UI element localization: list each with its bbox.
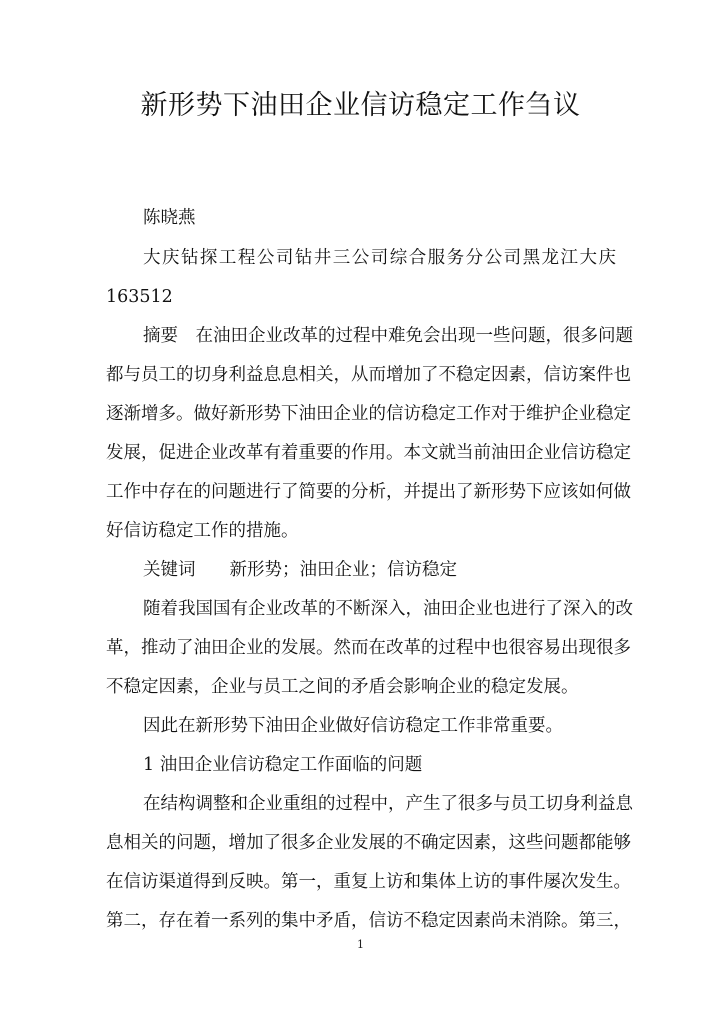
intro-paragraph-2: 因此在新形势下油田企业做好信访稳定工作非常重要。 (143, 714, 653, 738)
keywords-label: 关键词 (143, 560, 196, 580)
author-name: 陈晓燕 (143, 206, 653, 230)
abstract-line: 好信访稳定工作的措施。 (106, 519, 616, 543)
abstract-line: 发展，促进企业改革有着重要的作用。本文就当前油田企业信访稳定 (106, 441, 616, 465)
section-1-line: 第二，存在着一系列的集中矛盾，信访不稳定因素尚未消除。第三， (106, 909, 616, 933)
affiliation-line-1: 大庆钻探工程公司钻井三公司综合服务分公司黑龙江大庆 (143, 246, 616, 270)
abstract-line: 都与员工的切身利益息息相关，从而增加了不稳定因素，信访案件也 (106, 363, 616, 387)
document-title: 新形势下油田企业信访稳定工作刍议 (0, 86, 721, 126)
abstract-line: 摘要 在油田企业改革的过程中难免会出现一些问题，很多问题 (143, 324, 616, 348)
abstract-line: 逐渐增多。做好新形势下油田企业的信访稳定工作对于维护企业稳定 (106, 402, 616, 426)
keywords-row: 关键词新形势；油田企业；信访稳定 (143, 558, 653, 582)
section-1-line: 在结构调整和企业重组的过程中，产生了很多与员工切身利益息 (143, 792, 616, 816)
section-1-line: 息相关的问题，增加了很多企业发展的不确定因素，这些问题都能够 (106, 831, 616, 855)
intro-line: 革，推动了油田企业的发展。然而在改革的过程中也很容易出现很多 (106, 636, 616, 660)
section-1-line: 在信访渠道得到反映。第一，重复上访和集体上访的事件屡次发生。 (106, 870, 616, 894)
document-page: 新形势下油田企业信访稳定工作刍议 陈晓燕 大庆钻探工程公司钻井三公司综合服务分公… (0, 0, 721, 1020)
affiliation-line-2: 163512 (106, 285, 616, 309)
keywords-value: 新形势；油田企业；信访稳定 (230, 560, 458, 580)
abstract-line: 工作中存在的问题进行了简要的分析，并提出了新形势下应该如何做 (106, 480, 616, 504)
page-number: 1 (0, 938, 721, 951)
intro-line: 随着我国国有企业改革的不断深入，油田企业也进行了深入的改 (143, 597, 616, 621)
intro-line: 不稳定因素，企业与员工之间的矛盾会影响企业的稳定发展。 (106, 675, 616, 699)
section-1-heading: 1 油田企业信访稳定工作面临的问题 (143, 753, 653, 777)
